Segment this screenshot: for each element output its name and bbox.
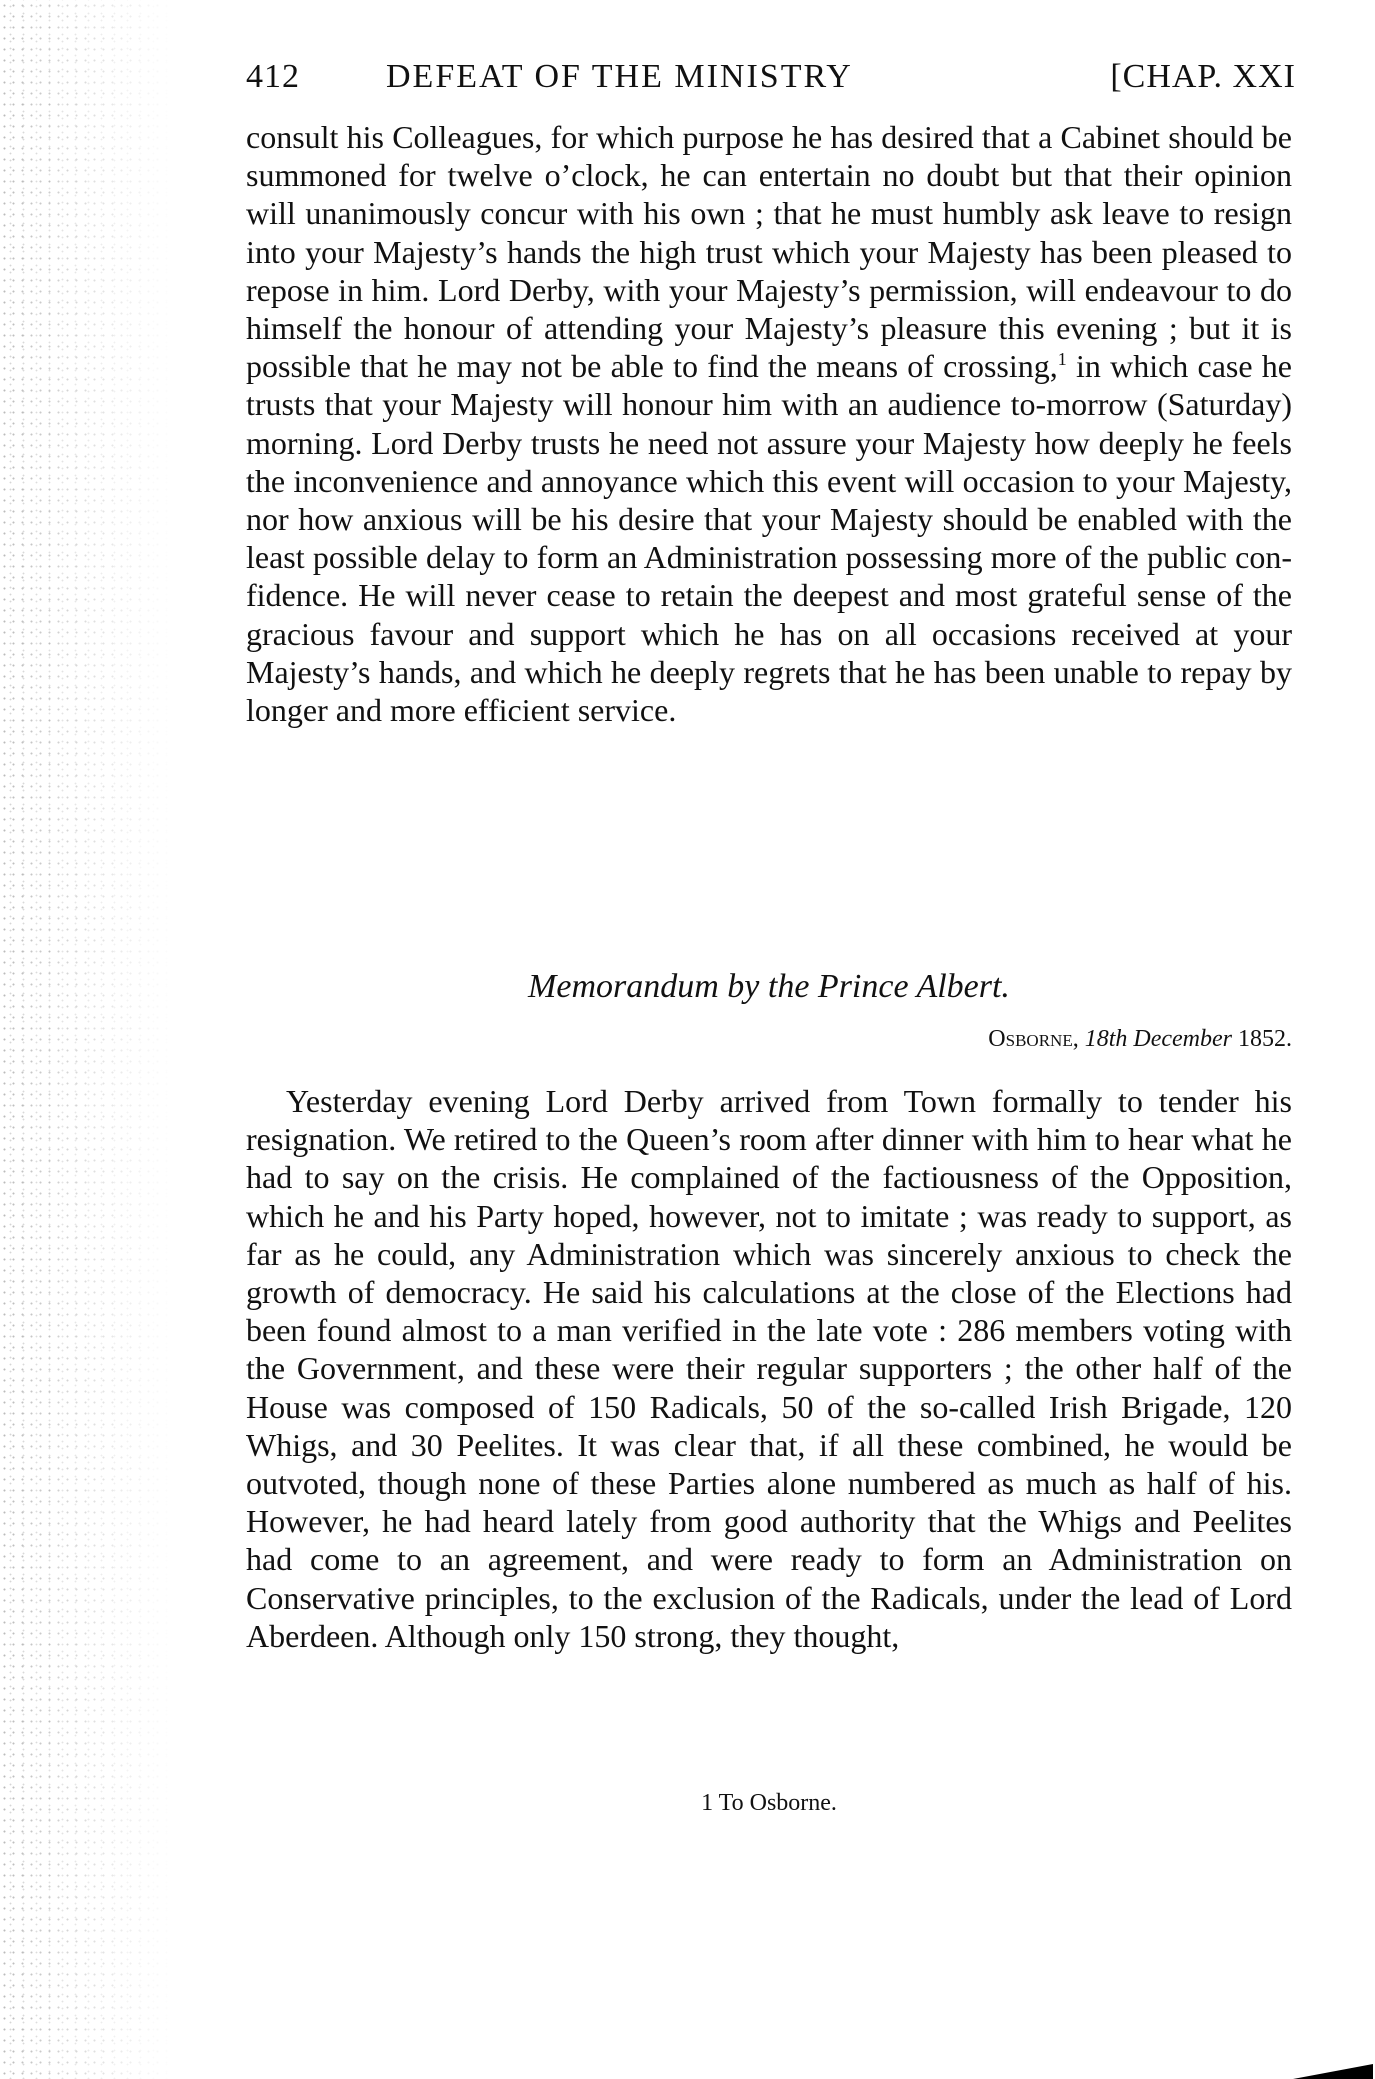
running-title: DEFEAT OF THE MINISTRY — [386, 58, 853, 96]
letter-text-part-1: consult his Colleagues, for which purpos… — [246, 119, 1292, 384]
scan-edge-noise — [0, 0, 175, 2079]
memorandum-paragraph: Yesterday evening Lord Derby arrived fro… — [246, 1082, 1292, 1655]
memorandum-body: Yesterday evening Lord Derby arrived fro… — [246, 1082, 1292, 1655]
dateline-year: 1852. — [1238, 1026, 1292, 1052]
letter-continuation: consult his Colleagues, for which purpos… — [246, 118, 1292, 729]
footnote: 1 To Osborne. — [246, 1790, 1292, 1817]
scan-corner-mark — [1293, 2064, 1373, 2079]
dateline-day: 18th — [1085, 1026, 1128, 1052]
chapter-label: [CHAP. XXI — [1110, 58, 1296, 96]
running-head: 412 DEFEAT OF THE MINISTRY [CHAP. XXI — [246, 58, 1296, 102]
memorandum-heading: Memorandum by the Prince Albert. — [246, 968, 1292, 1006]
page-number: 412 — [246, 58, 300, 96]
letter-text-part-2: in which case he trusts that your Majest… — [246, 348, 1292, 728]
letter-paragraph: consult his Colleagues, for which purpos… — [246, 118, 1292, 729]
dateline-month: December — [1133, 1026, 1232, 1052]
footnote-reference: 1 — [1058, 349, 1067, 369]
dateline-place: Osborne, — [988, 1026, 1078, 1052]
memorandum-dateline: Osborne, 18th December 1852. — [988, 1026, 1292, 1053]
